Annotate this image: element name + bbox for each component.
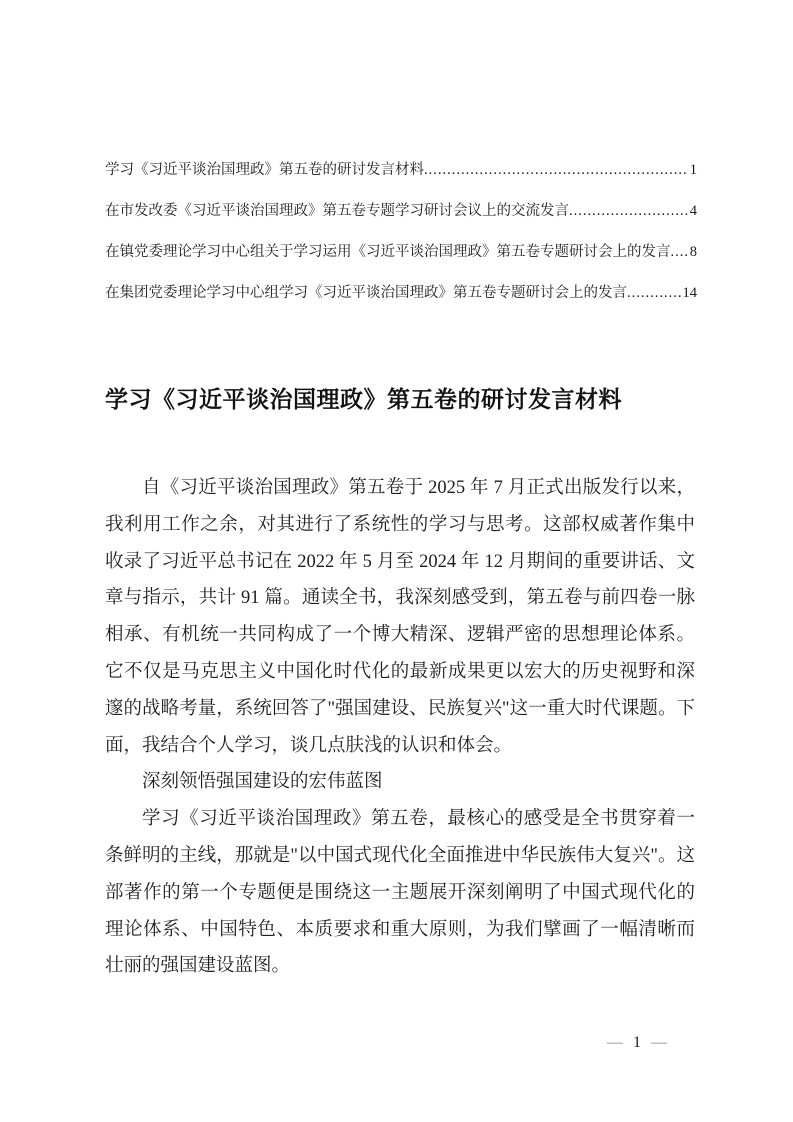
- toc-entry-label: 在集团党委理论学习中心组学习《习近平谈治国理政》第五卷专题研讨会上的发言: [105, 283, 627, 303]
- toc-page-number: 8: [688, 242, 697, 262]
- toc-dot-leader: [671, 242, 688, 262]
- article-title: 学习《习近平谈治国理政》第五卷的研讨发言材料: [105, 384, 697, 414]
- footer-page-number: 1: [633, 1033, 641, 1053]
- article-body: 自《习近平谈治国理政》第五卷于 2025 年 7 月正式出版发行以来，我利用工作…: [105, 470, 695, 985]
- toc-entry-label: 学习《习近平谈治国理政》第五卷的研讨发言材料: [105, 160, 424, 180]
- body-paragraph: 自《习近平谈治国理政》第五卷于 2025 年 7 月正式出版发行以来，我利用工作…: [105, 470, 695, 764]
- footer-dash: —: [607, 1033, 623, 1053]
- toc-entry[interactable]: 学习《习近平谈治国理政》第五卷的研讨发言材料 1: [105, 160, 697, 180]
- toc-entry-label: 在镇党委理论学习中心组关于学习运用《习近平谈治国理政》第五卷专题研讨会上的发言: [105, 242, 671, 262]
- toc-entry-label: 在市发改委《习近平谈治国理政》第五卷专题学习研讨会议上的交流发言: [105, 201, 569, 221]
- toc-dot-leader: [424, 160, 688, 180]
- toc-page-number: 14: [681, 283, 698, 303]
- toc-dot-leader: [569, 201, 688, 221]
- footer-dash: —: [651, 1033, 667, 1053]
- toc-entry[interactable]: 在市发改委《习近平谈治国理政》第五卷专题学习研讨会议上的交流发言 4: [105, 201, 697, 221]
- page-footer: — 1 —: [598, 1033, 676, 1053]
- document-page: 学习《习近平谈治国理政》第五卷的研讨发言材料 1 在市发改委《习近平谈治国理政》…: [0, 0, 793, 1122]
- toc-dot-leader: [627, 283, 681, 303]
- body-paragraph: 学习《习近平谈治国理政》第五卷，最核心的感受是全书贯穿着一条鲜明的主线，那就是"…: [105, 801, 695, 985]
- table-of-contents: 学习《习近平谈治国理政》第五卷的研讨发言材料 1 在市发改委《习近平谈治国理政》…: [105, 160, 697, 324]
- section-subheading: 深刻领悟强国建设的宏伟蓝图: [105, 764, 695, 801]
- toc-page-number: 4: [688, 201, 697, 221]
- toc-entry[interactable]: 在集团党委理论学习中心组学习《习近平谈治国理政》第五卷专题研讨会上的发言 14: [105, 283, 697, 303]
- toc-page-number: 1: [688, 160, 697, 180]
- toc-entry[interactable]: 在镇党委理论学习中心组关于学习运用《习近平谈治国理政》第五卷专题研讨会上的发言 …: [105, 242, 697, 262]
